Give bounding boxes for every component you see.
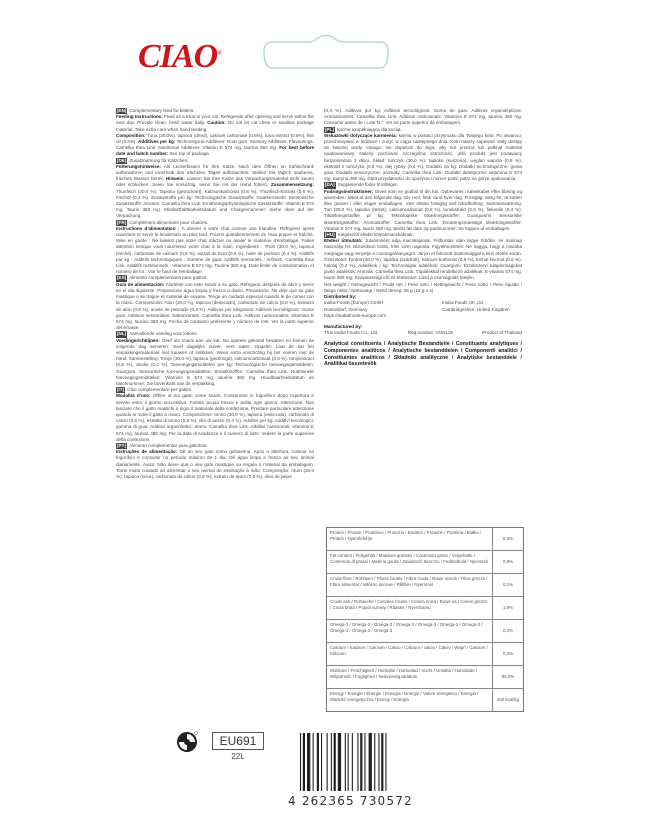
- text-paragraph: Voedingsrichtlijnen: Geef als snack aan …: [116, 338, 314, 388]
- distributors: Inaba-Foods (Europe) GmbH Düsseldorf, Ge…: [324, 300, 522, 319]
- barcode: [298, 733, 420, 793]
- package-window-outline: [262, 34, 390, 70]
- constituent-value: 1,9%: [493, 597, 523, 619]
- brand-logo: CIAO®: [138, 38, 221, 76]
- right-text-column: (0,4 %). Aditivos por kg: Aditivos tecno…: [324, 108, 522, 368]
- table-row: Calcium / Kalzium / Calcium / Calcio / C…: [327, 643, 523, 666]
- table-row: Omega-3 / Omega-3 / Oméga-3 / Omega-3 / …: [327, 620, 523, 643]
- constituent-label: Omega-3 / Omega-3 / Oméga-3 / Omega-3 / …: [327, 620, 493, 642]
- green-dot-recycling-icon: [176, 731, 198, 753]
- text-paragraph: Fodringsinstruktioner: Gives som en godb…: [324, 189, 522, 232]
- constituent-label: Energy / Energie / Énergie / Energía / E…: [327, 689, 493, 711]
- analytical-constituents-table: Protein / Protein / Protéines / Proteína…: [326, 527, 524, 712]
- constituent-value: 0,3%: [493, 643, 523, 665]
- text-paragraph: Instructions d'alimentation : À donner à…: [116, 226, 314, 276]
- text-paragraph: Modalità d'uso: Offrire al tuo gatto com…: [116, 393, 314, 443]
- table-row: Moisture / Feuchtigkeit / Humidité / Hum…: [327, 666, 523, 689]
- constituent-label: Crude fibre / Rohfaser / Fibres brutes /…: [327, 574, 493, 596]
- eu-approval-code: EU691: [212, 732, 264, 750]
- left-text-column: [EN]Complementary feed for kittens. Feed…: [116, 108, 314, 480]
- table-row: Energy / Energie / Énergie / Energía / E…: [327, 689, 523, 711]
- table-row: Protein / Protein / Protéines / Proteína…: [327, 528, 523, 551]
- text-paragraph: Instruções de alimentação: Dê ao seu gat…: [116, 449, 314, 480]
- constituent-value: 0,2%: [493, 620, 523, 642]
- text-paragraph: Feeding Instructions: Feed as a treat to…: [116, 114, 314, 133]
- text-paragraph: Composition: Tuna (30.0%), tapioca (drie…: [116, 133, 314, 158]
- text-paragraph: (0,4 %). Aditivos por kg: Aditivos tecno…: [324, 108, 522, 127]
- table-row: Fat content / Fettgehalt / Matières gras…: [327, 551, 523, 574]
- barcode-digits: 4 262365 730572: [288, 794, 413, 808]
- constituent-value: 86,0%: [493, 666, 523, 688]
- constituent-label: Calcium / Kalzium / Calcium / Calcio / C…: [327, 643, 493, 665]
- constituent-label: Crude ash / Rohasche / Cendres brutes / …: [327, 597, 493, 619]
- distributor-eu: Inaba-Foods (Europe) GmbH Düsseldorf, Ge…: [324, 300, 386, 319]
- distributor-uk: Inaba Foods UK Ltd. Cambridgeshire, Unit…: [442, 300, 522, 319]
- manufacturer-info: Thai Inaba Foods Co., Ltd. Reg number: V…: [324, 330, 522, 336]
- constituent-label: Moisture / Feuchtigkeit / Humidité / Hum…: [327, 666, 493, 688]
- text-paragraph: Etetési útmutató: Jutalomként adja macsk…: [324, 238, 522, 281]
- text-paragraph: Guía de alimentación: Aliménte con este …: [116, 282, 314, 332]
- text-paragraph: Fütterungshinweise: Als Leckerbissen für…: [116, 164, 314, 220]
- analytical-heading: Analytical constituents / Analytische Be…: [324, 341, 522, 367]
- constituent-value: 0,1%: [493, 574, 523, 596]
- text-paragraph: Net weight / Nettogewicht / Poids net / …: [324, 282, 522, 294]
- constituent-label: Protein / Protein / Protéines / Proteína…: [327, 528, 493, 550]
- constituent-value: 8,5%: [493, 528, 523, 550]
- text-paragraph: Wskazówki dotyczące karmienia: karma w p…: [324, 133, 522, 183]
- lot-code: 22L: [212, 752, 264, 761]
- table-row: Crude ash / Rohasche / Cendres brutes / …: [327, 597, 523, 620]
- table-row: Crude fibre / Rohfaser / Fibres brutes /…: [327, 574, 523, 597]
- constituent-value: 0,9%: [493, 551, 523, 573]
- constituent-value: 460 kcal/kg: [493, 689, 523, 711]
- constituent-label: Fat content / Fettgehalt / Matières gras…: [327, 551, 493, 573]
